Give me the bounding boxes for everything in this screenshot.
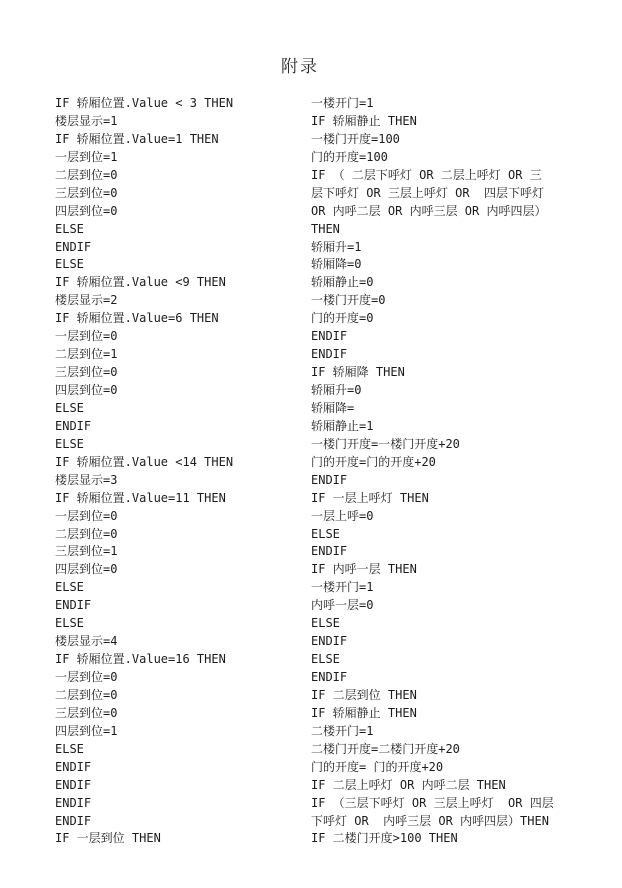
code-line: IF （三层下呼灯 OR 三层上呼灯 OR 四层 [311,795,554,813]
code-line: ENDIF [55,813,233,831]
code-line: 三层到位=0 [55,185,233,203]
code-line: THEN [311,221,554,239]
code-line: IF （ 二层下呼灯 OR 二层上呼灯 OR 三 [311,167,554,185]
code-line: 楼层显示=4 [55,633,233,651]
code-line: 一楼门开度=0 [311,292,554,310]
code-line: 一楼开门=1 [311,579,554,597]
code-line: 下呼灯 OR 内呼三层 OR 内呼四层）THEN [311,813,554,831]
code-line: 轿厢降= [311,400,554,418]
code-line: ELSE [55,615,233,633]
code-line: IF 二层上呼灯 OR 内呼二层 THEN [311,777,554,795]
code-line: ENDIF [311,472,554,490]
code-line: ENDIF [55,418,233,436]
code-line: 一层到位=0 [55,508,233,526]
code-line: 一层到位=0 [55,328,233,346]
code-line: IF 轿厢降 THEN [311,364,554,382]
code-line: 四层到位=1 [55,723,233,741]
code-line: 内呼一层=0 [311,597,554,615]
code-line: 一层到位=1 [55,149,233,167]
code-line: 四层到位=0 [55,203,233,221]
code-line: 三层到位=1 [55,543,233,561]
code-line: 二楼门开度=二楼门开度+20 [311,741,554,759]
code-column-right: 一楼开门=1IF 轿厢静止 THEN一楼门开度=100门的开度=100IF （ … [311,95,554,848]
code-line: IF 轿厢位置.Value <14 THEN [55,454,233,472]
code-line: 轿厢升=0 [311,382,554,400]
code-line: 二层到位=0 [55,687,233,705]
code-line: IF 一层上呼灯 THEN [311,490,554,508]
code-line: 四层到位=0 [55,382,233,400]
code-line: IF 轿厢位置.Value=6 THEN [55,310,233,328]
code-line: ELSE [55,400,233,418]
code-line: ENDIF [55,795,233,813]
code-line: 门的开度=0 [311,310,554,328]
code-line: ELSE [311,651,554,669]
code-line: 四层到位=0 [55,561,233,579]
code-line: IF 轿厢位置.Value <9 THEN [55,274,233,292]
code-line: ENDIF [311,543,554,561]
code-line: 楼层显示=3 [55,472,233,490]
code-line: 一楼门开度=一楼门开度+20 [311,436,554,454]
code-line: IF 轿厢位置.Value < 3 THEN [55,95,233,113]
code-line: 一层到位=0 [55,669,233,687]
code-line: 门的开度=门的开度+20 [311,454,554,472]
code-line: 层下呼灯 OR 三层上呼灯 OR 四层下呼灯 [311,185,554,203]
code-line: IF 轿厢位置.Value=11 THEN [55,490,233,508]
code-line: ENDIF [311,328,554,346]
code-line: ENDIF [55,597,233,615]
code-line: 二层到位=1 [55,346,233,364]
code-line: 楼层显示=1 [55,113,233,131]
code-line: IF 内呼一层 THEN [311,561,554,579]
page-title: 附录 [0,52,600,77]
code-line: ELSE [55,436,233,454]
code-line: ENDIF [55,239,233,257]
code-line: IF 二楼门开度>100 THEN [311,830,554,848]
code-line: IF 轿厢静止 THEN [311,113,554,131]
code-line: ELSE [311,526,554,544]
code-line: ELSE [55,741,233,759]
code-line: 门的开度=100 [311,149,554,167]
code-line: 二楼开门=1 [311,723,554,741]
code-line: ELSE [311,615,554,633]
document-page: 附录 IF 轿厢位置.Value < 3 THEN楼层显示=1IF 轿厢位置.V… [0,0,622,888]
code-line: 二层到位=0 [55,526,233,544]
code-line: IF 轿厢静止 THEN [311,705,554,723]
code-line: ELSE [55,579,233,597]
code-line: 三层到位=0 [55,705,233,723]
code-line: ELSE [55,256,233,274]
code-line: 轿厢静止=1 [311,418,554,436]
code-line: ELSE [55,221,233,239]
code-line: 轿厢降=0 [311,256,554,274]
code-line: 二层到位=0 [55,167,233,185]
code-line: 轿厢升=1 [311,239,554,257]
code-line: ENDIF [55,759,233,777]
code-line: 一楼开门=1 [311,95,554,113]
code-line: 一楼门开度=100 [311,131,554,149]
code-line: OR 内呼二层 OR 内呼三层 OR 内呼四层） [311,203,554,221]
code-line: ENDIF [311,633,554,651]
code-line: 三层到位=0 [55,364,233,382]
code-column-left: IF 轿厢位置.Value < 3 THEN楼层显示=1IF 轿厢位置.Valu… [55,95,233,848]
code-line: IF 轿厢位置.Value=1 THEN [55,131,233,149]
code-line: 门的开度= 门的开度+20 [311,759,554,777]
code-line: 楼层显示=2 [55,292,233,310]
code-line: 轿厢静止=0 [311,274,554,292]
code-line: ENDIF [311,669,554,687]
code-line: IF 一层到位 THEN [55,830,233,848]
code-line: IF 轿厢位置.Value=16 THEN [55,651,233,669]
code-line: IF 二层到位 THEN [311,687,554,705]
code-line: ENDIF [311,346,554,364]
code-line: ENDIF [55,777,233,795]
code-line: 一层上呼=0 [311,508,554,526]
